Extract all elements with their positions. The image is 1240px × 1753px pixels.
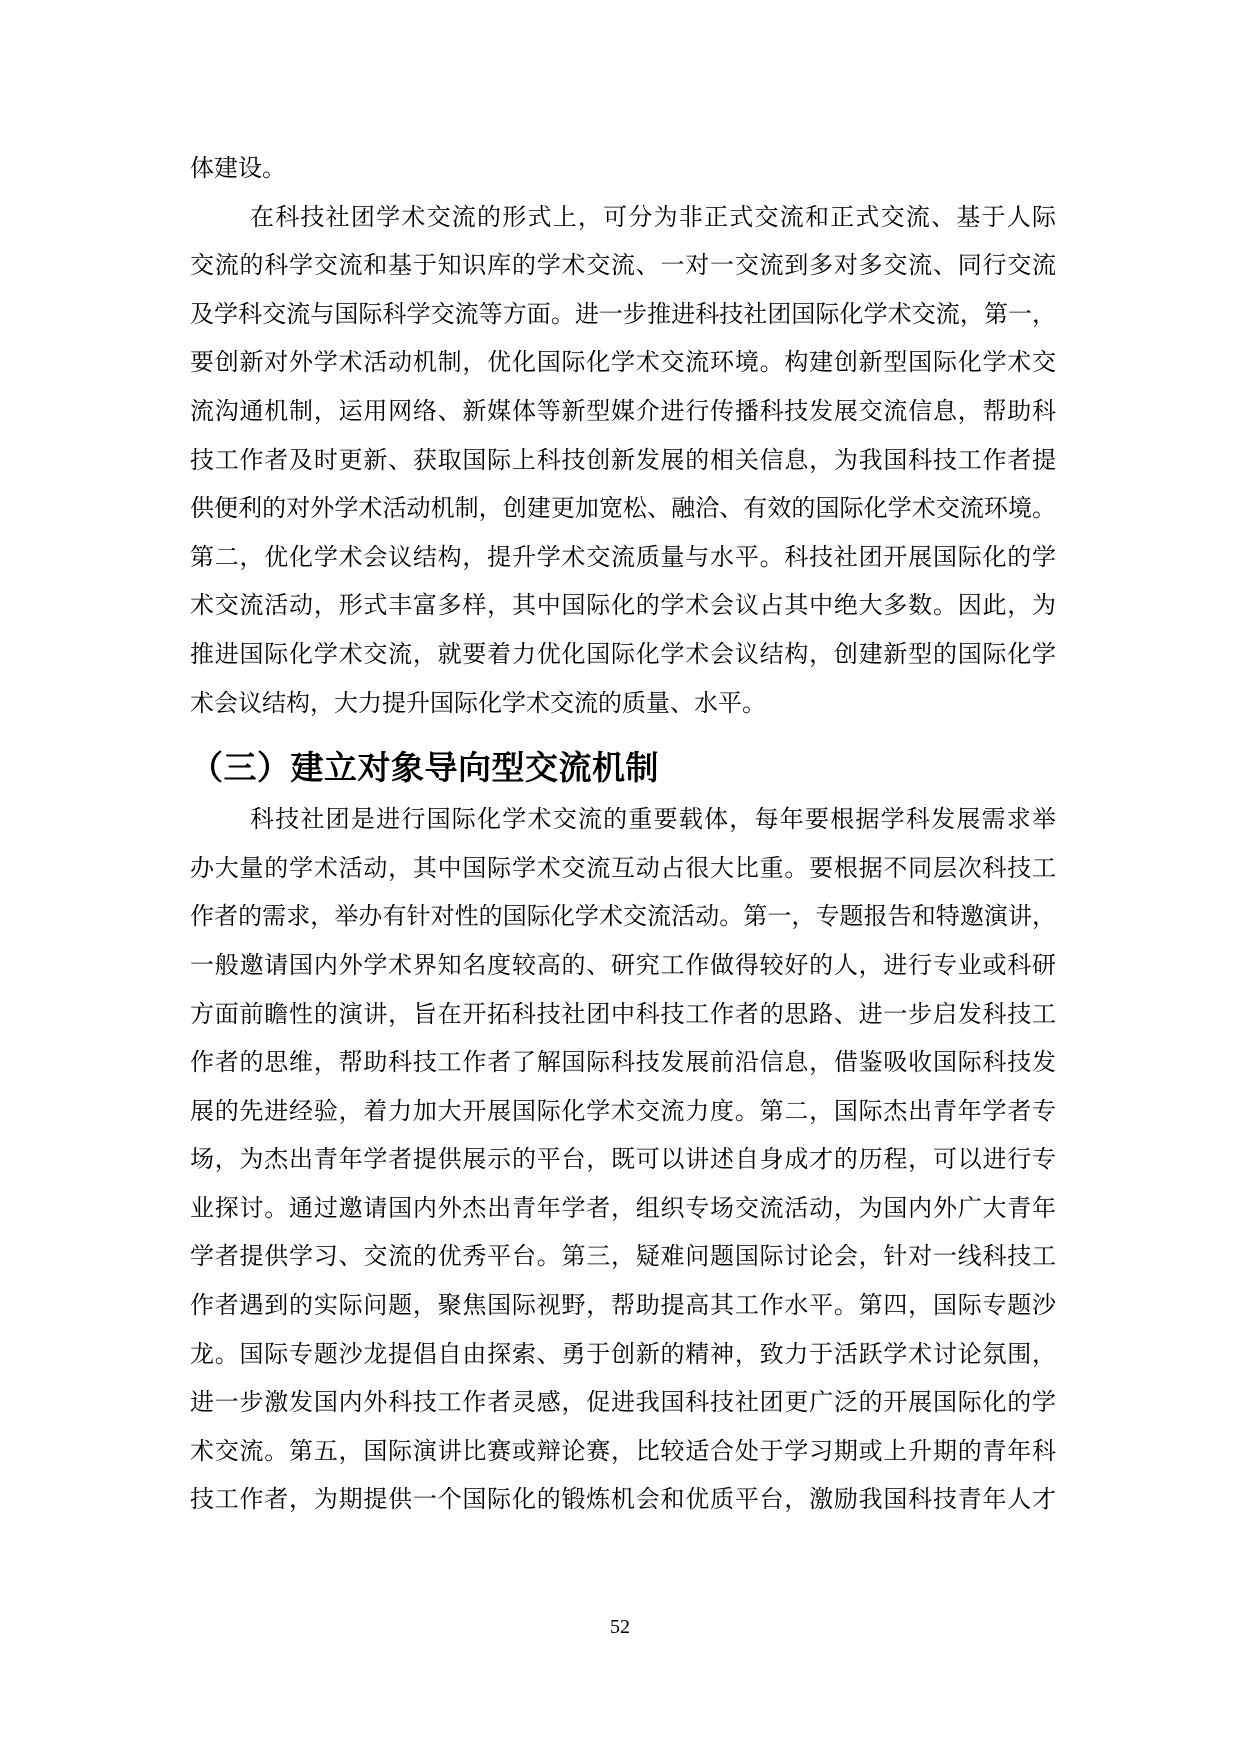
text-line: 场，为杰出青年学者提供展示的平台，既可以讲述自身成才的历程，可以进行专 (190, 1136, 1056, 1185)
text-line: 第二，优化学术会议结构，提升学术交流质量与水平。科技社团开展国际化的学 (190, 534, 1056, 583)
text-line: 学者提供学习、交流的优秀平台。第三，疑难问题国际讨论会，针对一线科技工 (190, 1233, 1056, 1282)
text-line: 及学科交流与国际科学交流等方面。进一步推进科技社团国际化学术交流，第一， (190, 291, 1056, 340)
document-body: 体建设。在科技社团学术交流的形式上，可分为非正式交流和正式交流、基于人际交流的科… (190, 145, 1056, 1525)
text-line: 作者的思维，帮助科技工作者了解国际科技发展前沿信息，借鉴吸收国际科技发 (190, 1039, 1056, 1088)
text-line: 在科技社团学术交流的形式上，可分为非正式交流和正式交流、基于人际 (190, 194, 1056, 243)
text-line: 体建设。 (190, 145, 1056, 194)
text-line: 科技社团是进行国际化学术交流的重要载体，每年要根据学科发展需求举 (190, 796, 1056, 845)
text-line: 术交流。第五，国际演讲比赛或辩论赛，比较适合处于学习期或上升期的青年科 (190, 1428, 1056, 1477)
text-line: 推进国际化学术交流，就要着力优化国际化学术会议结构，创建新型的国际化学 (190, 631, 1056, 680)
document-page: 体建设。在科技社团学术交流的形式上，可分为非正式交流和正式交流、基于人际交流的科… (0, 0, 1240, 1753)
text-line: 术交流活动，形式丰富多样，其中国际化的学术会议占其中绝大多数。因此，为 (190, 582, 1056, 631)
text-line: 供便利的对外学术活动机制，创建更加宽松、融洽、有效的国际化学术交流环境。 (190, 485, 1056, 534)
text-line: 业探讨。通过邀请国内外杰出青年学者，组织专场交流活动，为国内外广大青年 (190, 1185, 1056, 1234)
text-line: 办大量的学术活动，其中国际学术交流互动占很大比重。要根据不同层次科技工 (190, 845, 1056, 894)
text-line: 方面前瞻性的演讲，旨在开拓科技社团中科技工作者的思路、进一步启发科技工 (190, 991, 1056, 1040)
text-line: 技工作者及时更新、获取国际上科技创新发展的相关信息，为我国科技工作者提 (190, 437, 1056, 486)
text-line: 术会议结构，大力提升国际化学术交流的质量、水平。 (190, 680, 1056, 729)
text-line: 流沟通机制，运用网络、新媒体等新型媒介进行传播科技发展交流信息，帮助科 (190, 388, 1056, 437)
text-line: 龙。国际专题沙龙提倡自由探索、勇于创新的精神，致力于活跃学术讨论氛围， (190, 1331, 1056, 1380)
text-line: 交流的科学交流和基于知识库的学术交流、一对一交流到多对多交流、同行交流 (190, 242, 1056, 291)
text-line: 技工作者，为期提供一个国际化的锻炼机会和优质平台，激励我国科技青年人才 (190, 1476, 1056, 1525)
page-number: 52 (0, 1612, 1240, 1642)
text-line: 一般邀请国内外学术界知名度较高的、研究工作做得较好的人，进行专业或科研 (190, 942, 1056, 991)
text-line: 作者的需求，举办有针对性的国际化学术交流活动。第一，专题报告和特邀演讲， (190, 893, 1056, 942)
text-line: 进一步激发国内外科技工作者灵感，促进我国科技社团更广泛的开展国际化的学 (190, 1379, 1056, 1428)
text-line: 作者遇到的实际问题，聚焦国际视野，帮助提高其工作水平。第四，国际专题沙 (190, 1282, 1056, 1331)
text-line: 要创新对外学术活动机制，优化国际化学术交流环境。构建创新型国际化学术交 (190, 339, 1056, 388)
text-line: 展的先进经验，着力加大开展国际化学术交流力度。第二，国际杰出青年学者专 (190, 1088, 1056, 1137)
section-heading: （三）建立对象导向型交流机制 (190, 740, 1056, 796)
